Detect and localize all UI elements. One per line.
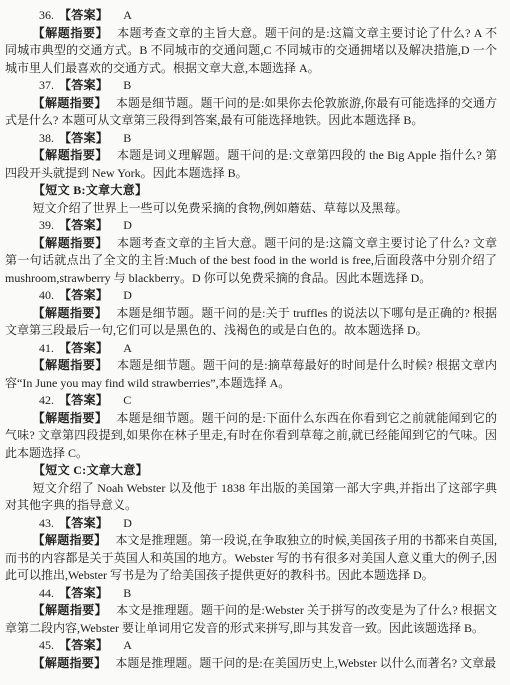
- explanation-paragraph: 【解题指要】本题是词义理解题。题干问的是:文章第四段的 the Big Appl…: [5, 147, 497, 182]
- answer-line: 43.【答案】D: [5, 515, 497, 533]
- summary-text: 短文介绍了 Noah Webster 以及他于 1838 年出版的美国第一部大字…: [5, 481, 497, 513]
- answer-letter: A: [123, 341, 132, 355]
- explanation-label: 【解题指要】: [33, 358, 108, 372]
- answer-line: 41.【答案】A: [5, 340, 497, 358]
- explanation-paragraph: 【解题指要】本题是细节题。题干问的是:摘草莓最好的时间是什么时候? 根据文章内容…: [5, 357, 497, 392]
- question-number: 45.: [39, 638, 54, 652]
- explanation-paragraph: 【解题指要】本文是推理题。第一段说,在争取独立的时候,美国孩子用的书都来自英国,…: [5, 532, 497, 585]
- answer-line: 42.【答案】C: [5, 392, 497, 410]
- question-number: 40.: [39, 288, 54, 302]
- explanation-label: 【解题指要】: [33, 96, 107, 110]
- answer-letter: C: [123, 393, 131, 407]
- explanation-paragraph: 【解题指要】本题是细节题。题干问的是:关于 truffles 的说法以下哪句是正…: [5, 305, 497, 340]
- passage-section-header: 【短文 B:文章大意】: [5, 182, 497, 200]
- answer-letter: B: [123, 131, 131, 145]
- answer-label: 【答案】: [59, 586, 108, 600]
- question-number: 39.: [39, 218, 54, 232]
- question-number: 37.: [39, 78, 54, 92]
- passage-summary: 短文介绍了世界上一些可以免费采摘的食物,例如蘑菇、草莓以及黑莓。: [5, 200, 497, 218]
- answer-label: 【答案】: [59, 8, 108, 22]
- answer-label: 【答案】: [59, 638, 108, 652]
- question-number: 42.: [39, 393, 54, 407]
- answer-label: 【答案】: [59, 516, 108, 530]
- section-label: 【短文 B:文章大意】: [33, 183, 147, 197]
- section-label: 【短文 C:文章大意】: [33, 463, 148, 477]
- explanation-label: 【解题指要】: [33, 26, 109, 40]
- question-number: 43.: [39, 516, 54, 530]
- explanation-label: 【解题指要】: [33, 148, 108, 162]
- explanation-label: 【解题指要】: [33, 411, 108, 425]
- question-number: 38.: [39, 131, 54, 145]
- answer-line: 44.【答案】B: [5, 585, 497, 603]
- answer-letter: A: [123, 638, 132, 652]
- explanation-paragraph: 【解题指要】本文是推理题。题干问的是:Webster 关于拼写的改变是为了什么?…: [5, 602, 497, 637]
- answer-label: 【答案】: [59, 341, 108, 355]
- question-number: 41.: [39, 341, 54, 355]
- answer-line: 37.【答案】B: [5, 77, 497, 95]
- explanation-text: 本题是推理题。题干问的是:在美国历史上,Webster 以什么而著名? 文章最: [115, 656, 496, 670]
- answer-line: 40.【答案】D: [5, 287, 497, 305]
- explanation-paragraph: 【解题指要】本题考查文章的主旨大意。题干问的是:这篇文章主要讨论了什么? 文章第…: [5, 235, 497, 288]
- explanation-label: 【解题指要】: [33, 306, 108, 320]
- answer-line: 38.【答案】B: [5, 130, 497, 148]
- answer-letter: D: [123, 218, 132, 232]
- explanation-paragraph: 【解题指要】本题是推理题。题干问的是:在美国历史上,Webster 以什么而著名…: [5, 655, 497, 673]
- question-number: 44.: [39, 586, 54, 600]
- explanation-label: 【解题指要】: [33, 656, 107, 670]
- explanation-label: 【解题指要】: [33, 603, 108, 617]
- answer-label: 【答案】: [59, 218, 108, 232]
- explanation-label: 【解题指要】: [33, 236, 108, 250]
- passage-summary: 短文介绍了 Noah Webster 以及他于 1838 年出版的美国第一部大字…: [5, 480, 497, 515]
- question-number: 36.: [39, 8, 54, 22]
- explanation-paragraph: 【解题指要】本题是细节题。题干问的是:下面什么东西在你看到它之前就能闻到它的气味…: [5, 410, 497, 463]
- answer-label: 【答案】: [59, 288, 108, 302]
- answer-letter: D: [123, 516, 132, 530]
- explanation-paragraph: 【解题指要】本题考查文章的主旨大意。题干问的是:这篇文章主要讨论了什么? A 不…: [5, 25, 497, 78]
- answer-label: 【答案】: [59, 131, 108, 145]
- answer-letter: B: [123, 586, 131, 600]
- answer-line: 45.【答案】A: [5, 637, 497, 655]
- passage-section-header: 【短文 C:文章大意】: [5, 462, 497, 480]
- summary-text: 短文介绍了世界上一些可以免费采摘的食物,例如蘑菇、草莓以及黑莓。: [33, 201, 408, 215]
- answer-letter: A: [123, 8, 132, 22]
- answer-letter: D: [123, 288, 132, 302]
- answer-label: 【答案】: [59, 78, 108, 92]
- answer-line: 36.【答案】A: [5, 7, 497, 25]
- explanation-label: 【解题指要】: [33, 533, 107, 547]
- answer-line: 39.【答案】D: [5, 217, 497, 235]
- document-page: 36.【答案】A 【解题指要】本题考查文章的主旨大意。题干问的是:这篇文章主要讨…: [0, 0, 510, 685]
- answer-label: 【答案】: [59, 393, 108, 407]
- explanation-paragraph: 【解题指要】本题是细节题。题干问的是:如果你去伦敦旅游,你最有可能选择的交通方式…: [5, 95, 497, 130]
- answer-letter: B: [123, 78, 131, 92]
